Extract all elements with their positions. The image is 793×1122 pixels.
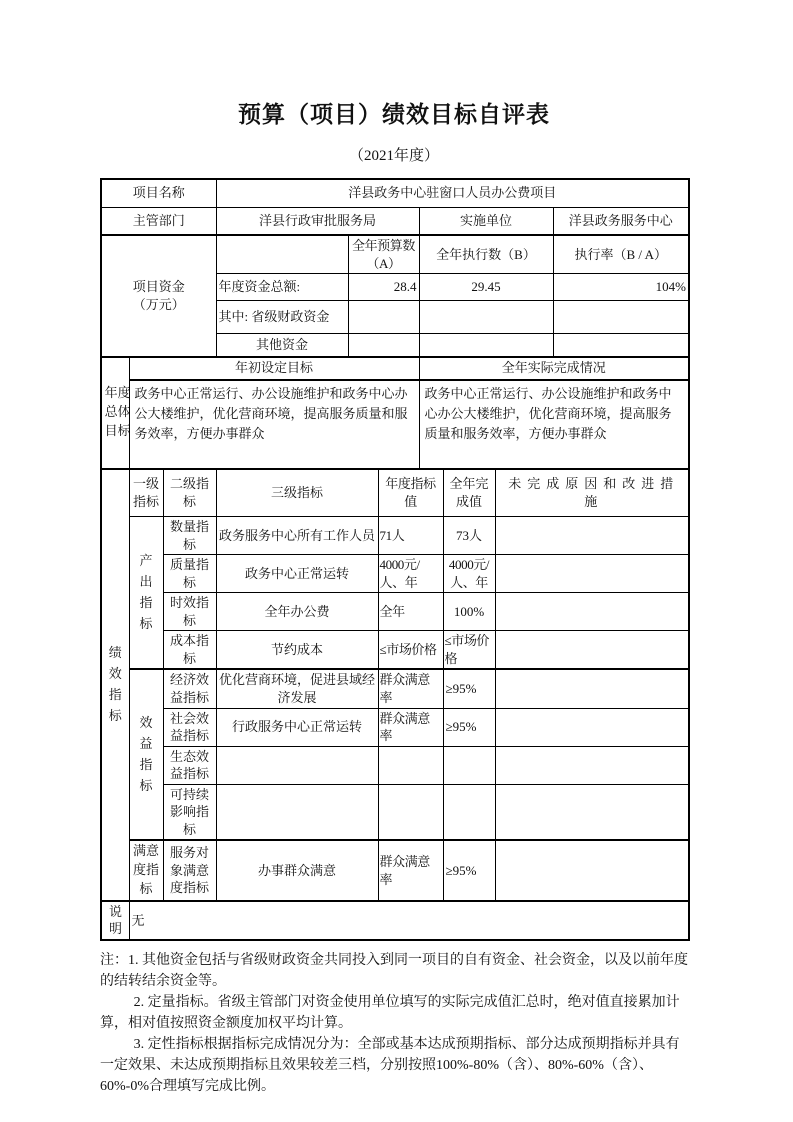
cell-level3: 全年办公费 [216, 593, 378, 631]
cell-target: 4000元/人、年 [378, 555, 443, 593]
perf-header-level3: 三级指标 [216, 469, 378, 517]
funds-provincial-rate [553, 301, 689, 334]
cell-level2: 成本指标 [163, 631, 216, 670]
cell-reason [495, 708, 689, 746]
cell-level3: 政务服务中心所有工作人员 [216, 517, 378, 555]
remark-value: 无 [129, 901, 689, 940]
cell-target [378, 746, 443, 784]
cell-level2: 生态效益指标 [163, 746, 216, 784]
funds-other-exec [419, 334, 553, 357]
dept-label: 主管部门 [101, 207, 216, 235]
annual-goal-col-actual: 全年实际完成情况 [419, 357, 689, 380]
cell-target: ≤市场价格 [378, 631, 443, 670]
self-evaluation-table: 项目名称 洋县政务中心驻窗口人员办公费项目 主管部门 洋县行政审批服务局 实施单… [100, 178, 690, 941]
funds-header-empty [216, 235, 348, 274]
annual-goal-actual-text: 政务中心正常运行、办公设施维护和政务中心办公大楼维护，优化营商环境，提高服务质量… [419, 380, 689, 469]
funds-col-rate: 执行率（B / A） [553, 235, 689, 274]
perf-header-reason: 未完成原因和改进措施 [495, 469, 689, 517]
cell-level2: 数量指标 [163, 517, 216, 555]
annual-goal-label: 年度总体目标 [101, 357, 129, 469]
funds-total-rate: 104% [553, 274, 689, 301]
cell-target: 群众满意率 [378, 669, 443, 708]
row-economic-benefit-indicator: 效益指标 经济效益指标 优化营商环境，促进县域经济发展 群众满意率 ≥95% [101, 669, 689, 708]
cell-actual: ≥95% [443, 669, 495, 708]
funds-total-budget: 28.4 [348, 274, 419, 301]
funds-total-exec: 29.45 [419, 274, 553, 301]
funds-other-label: 其他资金 [216, 334, 348, 357]
row-sustainable-impact-indicator: 可持续影响指标 [101, 784, 689, 840]
funds-other-rate [553, 334, 689, 357]
cell-reason [495, 517, 689, 555]
row-quantity-indicator: 产出指标 数量指标 政务服务中心所有工作人员 71人 73人 [101, 517, 689, 555]
funds-label-line1: 项目资金 [104, 278, 214, 296]
perf-header-target: 年度指标值 [378, 469, 443, 517]
cell-actual [443, 746, 495, 784]
cell-level3: 办事群众满意 [216, 840, 378, 901]
row-ecological-benefit-indicator: 生态效益指标 [101, 746, 689, 784]
funds-other-budget [348, 334, 419, 357]
row-social-benefit-indicator: 社会效益指标 行政服务中心正常运转 群众满意率 ≥95% [101, 708, 689, 746]
document-page: { "page": { "title": "预算（项目）绩效目标自评表", "s… [0, 0, 793, 1122]
annual-goal-set-text: 政务中心正常运行、办公设施维护和政务中心办公大楼维护，优化营商环境，提高服务质量… [129, 380, 419, 469]
cell-level3: 行政服务中心正常运转 [216, 708, 378, 746]
footnote-1: 注：1. 其他资金包括与省级财政资金共同投入到同一项目的自有资金、社会资金，以及… [100, 950, 693, 992]
annual-goal-header-row: 年度总体目标 年初设定目标 全年实际完成情况 [101, 357, 689, 380]
cell-level3: 节约成本 [216, 631, 378, 670]
cell-target: 群众满意率 [378, 840, 443, 901]
cell-level2: 经济效益指标 [163, 669, 216, 708]
row-satisfaction-indicator: 满意度指标 服务对象满意度指标 办事群众满意 群众满意率 ≥95% [101, 840, 689, 901]
page-title: 预算（项目）绩效目标自评表 [100, 96, 688, 129]
cell-level2: 服务对象满意度指标 [163, 840, 216, 901]
cell-target: 全年 [378, 593, 443, 631]
cell-target [378, 784, 443, 840]
cell-reason [495, 746, 689, 784]
cell-actual: 100% [443, 593, 495, 631]
footnote-3: 3. 定性指标根据指标完成情况分为：全部或基本达成预期指标、部分达成预期指标并具… [100, 1034, 693, 1097]
perf-header-level2: 二级指标 [163, 469, 216, 517]
page-subtitle: （2021年度） [100, 144, 688, 165]
funds-provincial-exec [419, 301, 553, 334]
cell-level2: 质量指标 [163, 555, 216, 593]
cell-actual: 4000元/人、年 [443, 555, 495, 593]
cell-level3: 政务中心正常运转 [216, 555, 378, 593]
annual-goal-col-set: 年初设定目标 [129, 357, 419, 380]
group-benefit-label: 效益指标 [129, 669, 163, 840]
funds-header-row: 项目资金 （万元） 全年预算数（A） 全年执行数（B） 执行率（B / A） [101, 235, 689, 274]
cell-level3 [216, 746, 378, 784]
cell-level3: 优化营商环境，促进县域经济发展 [216, 669, 378, 708]
cell-level2: 时效指标 [163, 593, 216, 631]
cell-target: 群众满意率 [378, 708, 443, 746]
impl-unit-value: 洋县政务服务中心 [553, 207, 689, 235]
cell-reason [495, 593, 689, 631]
cell-reason [495, 840, 689, 901]
cell-actual: ≤市场价格 [443, 631, 495, 670]
dept-value: 洋县行政审批服务局 [216, 207, 419, 235]
project-name-value: 洋县政务中心驻窗口人员办公费项目 [216, 179, 689, 207]
funds-provincial-label: 其中: 省级财政资金 [216, 301, 348, 334]
cell-reason [495, 669, 689, 708]
cell-target: 71人 [378, 517, 443, 555]
row-cost-indicator: 成本指标 节约成本 ≤市场价格 ≤市场价格 [101, 631, 689, 670]
footnote-2: 2. 定量指标。省级主管部门对资金使用单位填写的实际完成值汇总时，绝对值直接累加… [100, 992, 693, 1034]
project-name-label: 项目名称 [101, 179, 216, 207]
cell-level3 [216, 784, 378, 840]
remark-label: 说明 [101, 901, 129, 940]
remark-row: 说明 无 [101, 901, 689, 940]
perf-header-actual: 全年完成值 [443, 469, 495, 517]
cell-actual [443, 784, 495, 840]
perf-header-level1: 一级指标 [129, 469, 163, 517]
row-timeliness-indicator: 时效指标 全年办公费 全年 100% [101, 593, 689, 631]
funds-provincial-budget [348, 301, 419, 334]
row-quality-indicator: 质量指标 政务中心正常运转 4000元/人、年 4000元/人、年 [101, 555, 689, 593]
group-satisfaction-label: 满意度指标 [129, 840, 163, 901]
funds-label: 项目资金 （万元） [101, 235, 216, 357]
annual-goal-content-row: 政务中心正常运行、办公设施维护和政务中心办公大楼维护，优化营商环境，提高服务质量… [101, 380, 689, 469]
project-name-row: 项目名称 洋县政务中心驻窗口人员办公费项目 [101, 179, 689, 207]
cell-reason [495, 631, 689, 670]
cell-actual: ≥95% [443, 840, 495, 901]
document-content: 预算（项目）绩效目标自评表 （2021年度） 项目名称 洋县政务中心驻窗口人员办… [0, 0, 793, 1097]
performance-label: 绩效指标 [101, 469, 129, 901]
department-row: 主管部门 洋县行政审批服务局 实施单位 洋县政务服务中心 [101, 207, 689, 235]
cell-reason [495, 555, 689, 593]
funds-total-label: 年度资金总额: [216, 274, 348, 301]
group-output-label: 产出指标 [129, 517, 163, 670]
cell-level2: 社会效益指标 [163, 708, 216, 746]
funds-col-budget: 全年预算数（A） [348, 235, 419, 274]
performance-header-row: 绩效指标 一级指标 二级指标 三级指标 年度指标值 全年完成值 未完成原因和改进… [101, 469, 689, 517]
cell-reason [495, 784, 689, 840]
impl-unit-label: 实施单位 [419, 207, 553, 235]
cell-actual: ≥95% [443, 708, 495, 746]
funds-col-exec: 全年执行数（B） [419, 235, 553, 274]
cell-level2: 可持续影响指标 [163, 784, 216, 840]
funds-label-line2: （万元） [104, 296, 214, 314]
footnotes: 注：1. 其他资金包括与省级财政资金共同投入到同一项目的自有资金、社会资金，以及… [100, 950, 693, 1097]
cell-actual: 73人 [443, 517, 495, 555]
